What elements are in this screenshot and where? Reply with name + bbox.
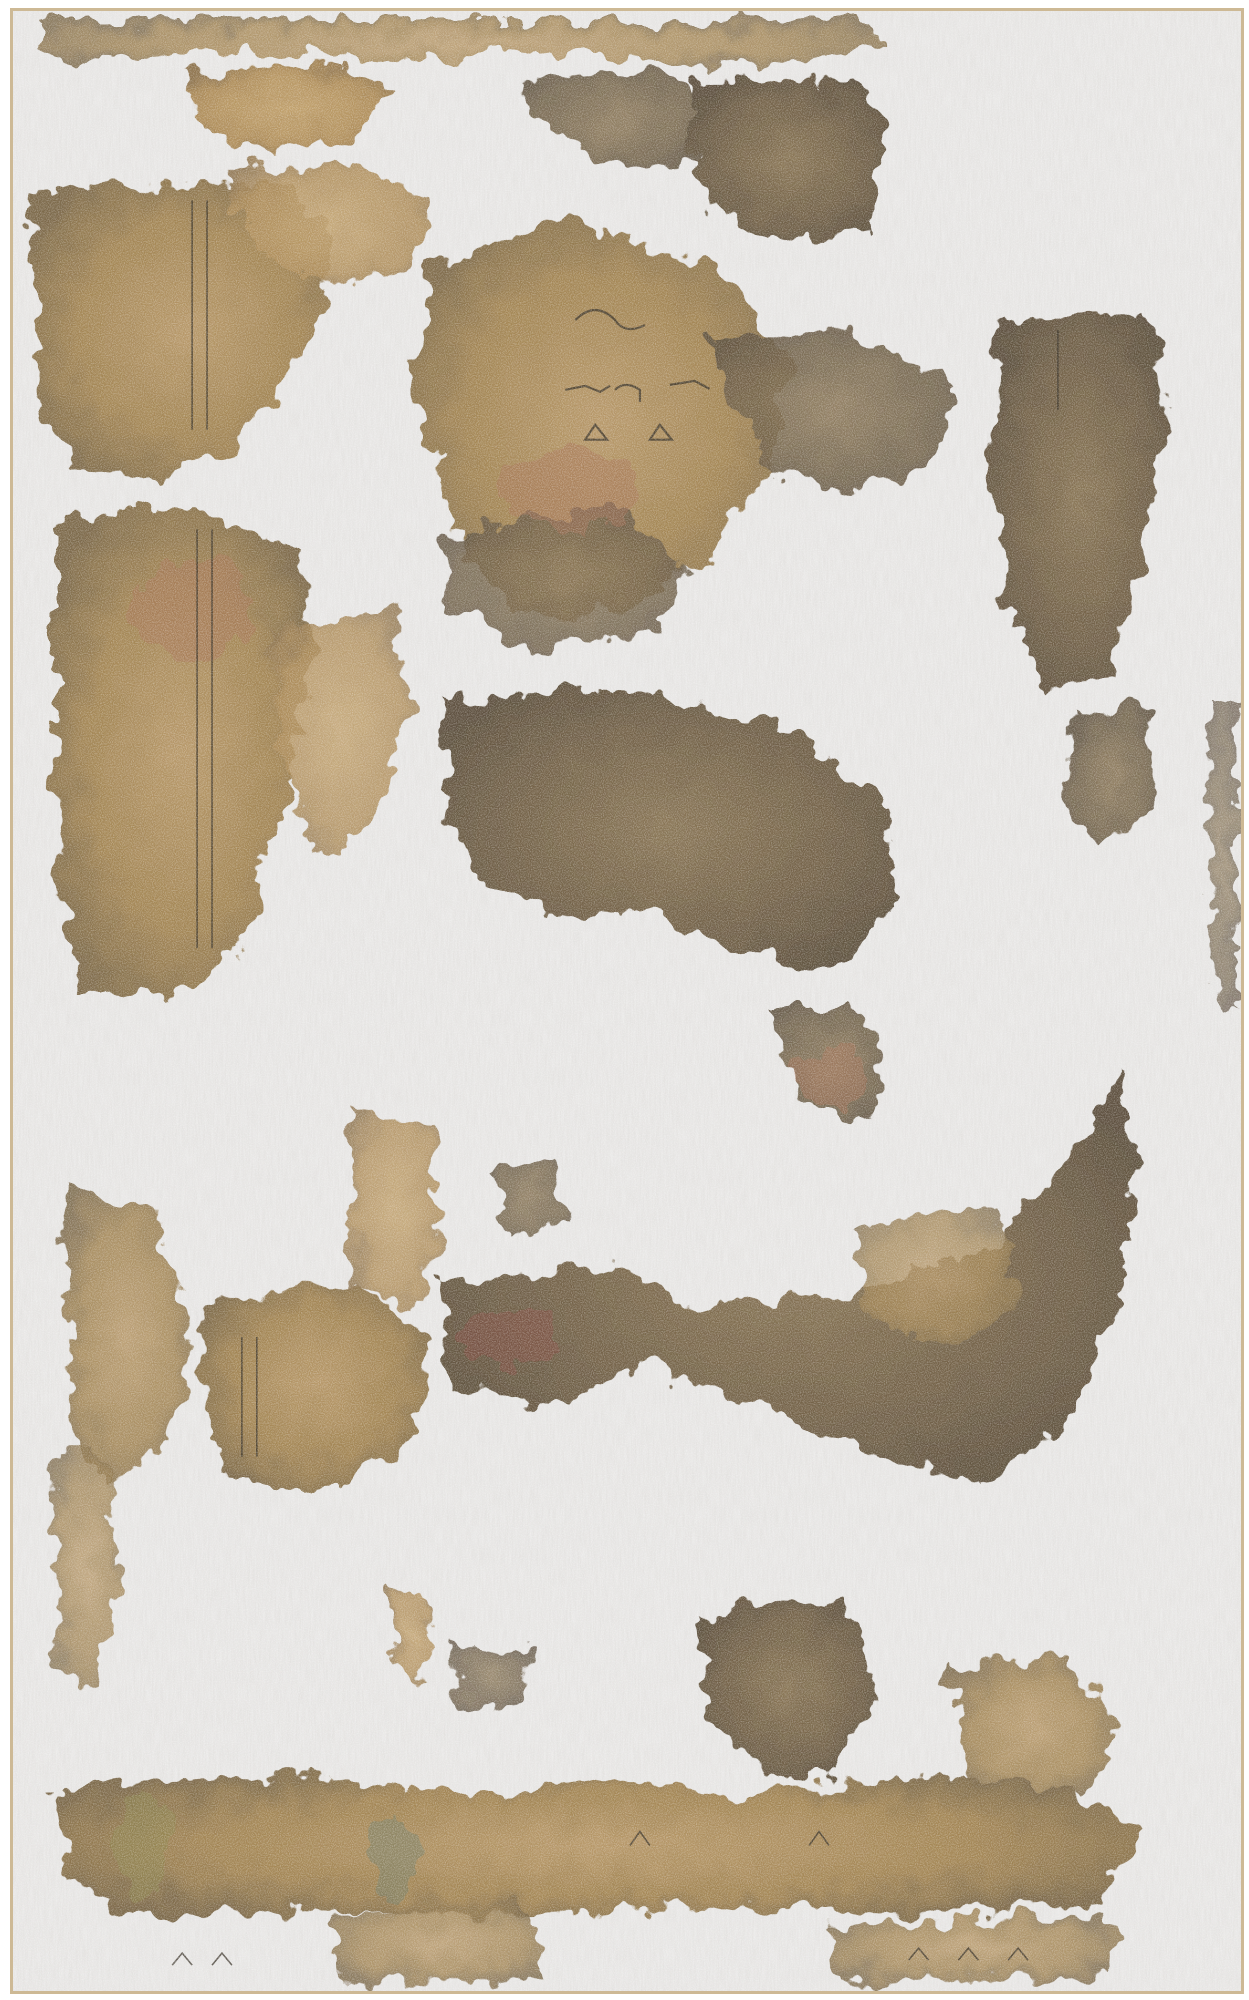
image-canvas <box>0 0 1249 2000</box>
rug-photo <box>10 8 1244 1994</box>
rug-texture <box>13 11 1241 1991</box>
